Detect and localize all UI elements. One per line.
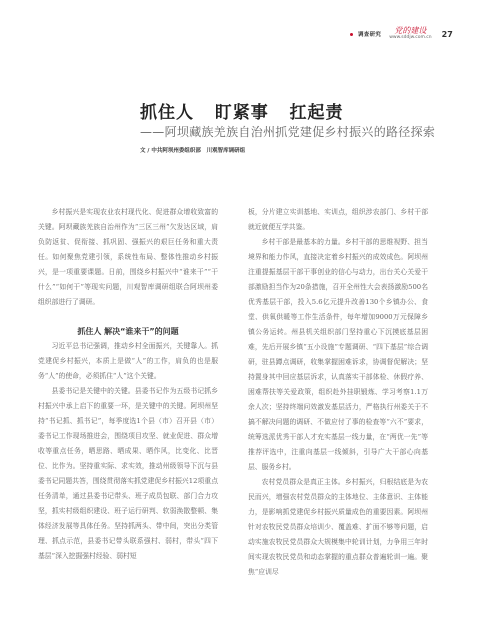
brand-url: www.sddjw.com.cn [389, 35, 431, 41]
paragraph: 农村党员群众是真正主体。乡村振兴，归根结底是为农民而兴，增强农村党员群众的主体地… [248, 475, 428, 580]
paragraph: 县委书记是关键中的关键。县委书记作为五级书记抓乡村振兴中承上启下的重要一环，是关… [38, 384, 218, 564]
bullet-icon [350, 33, 353, 36]
paragraph: 乡村干部是最基本的力量。乡村干部的思维视野、担当境界和能力作风，直接决定着乡村振… [248, 235, 428, 475]
page-header: 调查研究 党的建设 www.sddjw.com.cn 27 [350, 27, 480, 41]
article-byline: 文 / 中共阿坝州委组织部 川观智库调研组 [140, 146, 245, 154]
paragraph: 板，分片建立实训基地、实训点，组织涉农部门、乡村干部就近就便互学共鉴。 [248, 205, 428, 235]
brand-name: 党的建设 [394, 27, 426, 35]
left-column: 乡村振兴是实现农业农村现代化、促进群众增收致富的关键。阿坝藏族羌族自治州作为“三… [38, 205, 218, 564]
article-subtitle: ——阿坝藏族羌族自治州抓党建促乡村振兴的路径探索 [140, 123, 435, 140]
page-number: 27 [442, 30, 453, 39]
magazine-logo: 党的建设 www.sddjw.com.cn [389, 27, 431, 41]
section-label: 调查研究 [358, 30, 381, 38]
right-column: 板，分片建立实训基地、实训点，组织涉农部门、乡村干部就近就便互学共鉴。 乡村干部… [248, 205, 428, 580]
section-heading: 抓住人 解决“谁来干”的问题 [38, 324, 218, 339]
paragraph: 乡村振兴是实现农业农村现代化、促进群众增收致富的关键。阿坝藏族羌族自治州作为“三… [38, 205, 218, 310]
paragraph: 习近平总书记强调，推动乡村全面振兴，关键靠人。抓党建促乡村振兴，本质上是做“人”… [38, 339, 218, 384]
article-title: 抓住人 盯紧事 扛起责 [140, 98, 344, 123]
